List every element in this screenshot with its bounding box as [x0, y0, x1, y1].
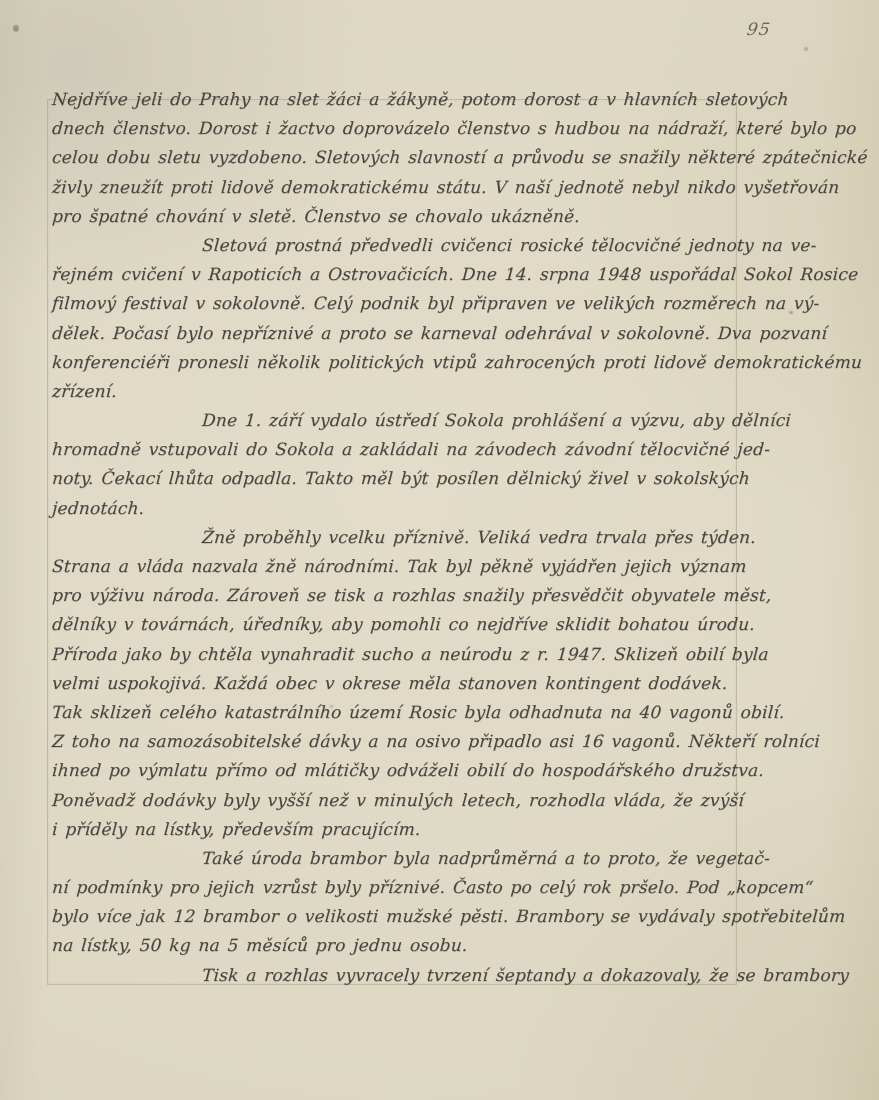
paper-speck — [804, 47, 808, 51]
text-line: pro špatné chování v sletě. Členstvo se … — [51, 203, 753, 232]
text-line: velmi uspokojivá. Každá obec v okrese mě… — [51, 670, 753, 699]
text-line: hromadně vstupovali do Sokola a zakládal… — [51, 436, 753, 465]
text-line: dělníky v továrnách, úředníky, aby pomoh… — [51, 611, 753, 640]
text-line: Žně proběhly vcelku příznivě. Veliká ved… — [51, 524, 753, 553]
text-line: Také úroda brambor byla nadprůměrná a to… — [51, 845, 753, 874]
text-line: celou dobu sletu vyzdobeno. Sletových sl… — [51, 144, 753, 173]
text-line: ní podmínky pro jejich vzrůst byly přízn… — [51, 874, 753, 903]
text-line: živly zneužít proti lidově demokratickém… — [51, 174, 753, 203]
text-line: konferenciéři pronesli několik politický… — [51, 349, 753, 378]
text-line: dnech členstvo. Dorost i žactvo doprováz… — [51, 115, 753, 144]
text-line: pro výživu národa. Zároveň se tisk a roz… — [51, 582, 753, 611]
chronicle-page: 95 Nejdříve jeli do Prahy na slet žáci a… — [0, 0, 879, 1100]
text-line: Příroda jako by chtěla vynahradit sucho … — [51, 641, 753, 670]
text-line: Tak sklizeň celého katastrálního území R… — [51, 699, 753, 728]
text-line: Dne 1. září vydalo ústředí Sokola prohlá… — [51, 407, 753, 436]
text-line: Z toho na samozásobitelské dávky a na os… — [51, 728, 753, 757]
paper-speck — [13, 25, 19, 32]
text-line: Tisk a rozhlas vyvracely tvrzení šeptand… — [51, 962, 753, 991]
text-line: noty. Čekací lhůta odpadla. Takto měl bý… — [51, 465, 753, 494]
text-line: jednotách. — [51, 495, 753, 524]
paper-speck — [789, 311, 793, 314]
page-number: 95 — [746, 20, 772, 40]
text-line: Strana a vláda nazvala žně národními. Ta… — [51, 553, 753, 582]
text-line: filmový festival v sokolovně. Celý podni… — [51, 290, 753, 319]
text-line: Nejdříve jeli do Prahy na slet žáci a žá… — [51, 86, 753, 115]
text-line: na lístky, 50 kg na 5 měsíců pro jednu o… — [51, 932, 753, 961]
paper-speck — [330, 705, 333, 708]
text-line: ihned po výmlatu přímo od mlátičky odváž… — [51, 757, 753, 786]
text-line: i příděly na lístky, především pracující… — [51, 816, 753, 845]
text-line: bylo více jak 12 brambor o velikosti muž… — [51, 903, 753, 932]
text-line: řejném cvičení v Rapoticích a Ostrovačic… — [51, 261, 753, 290]
text-line: Sletová prostná předvedli cvičenci rosic… — [51, 232, 753, 261]
text-line: dělek. Počasí bylo nepříznivé a proto se… — [51, 320, 753, 349]
text-line: Poněvadž dodávky byly vyšší než v minulý… — [51, 787, 753, 816]
text-line: zřízení. — [51, 378, 753, 407]
handwritten-text: Nejdříve jeli do Prahy na slet žáci a žá… — [51, 86, 751, 991]
